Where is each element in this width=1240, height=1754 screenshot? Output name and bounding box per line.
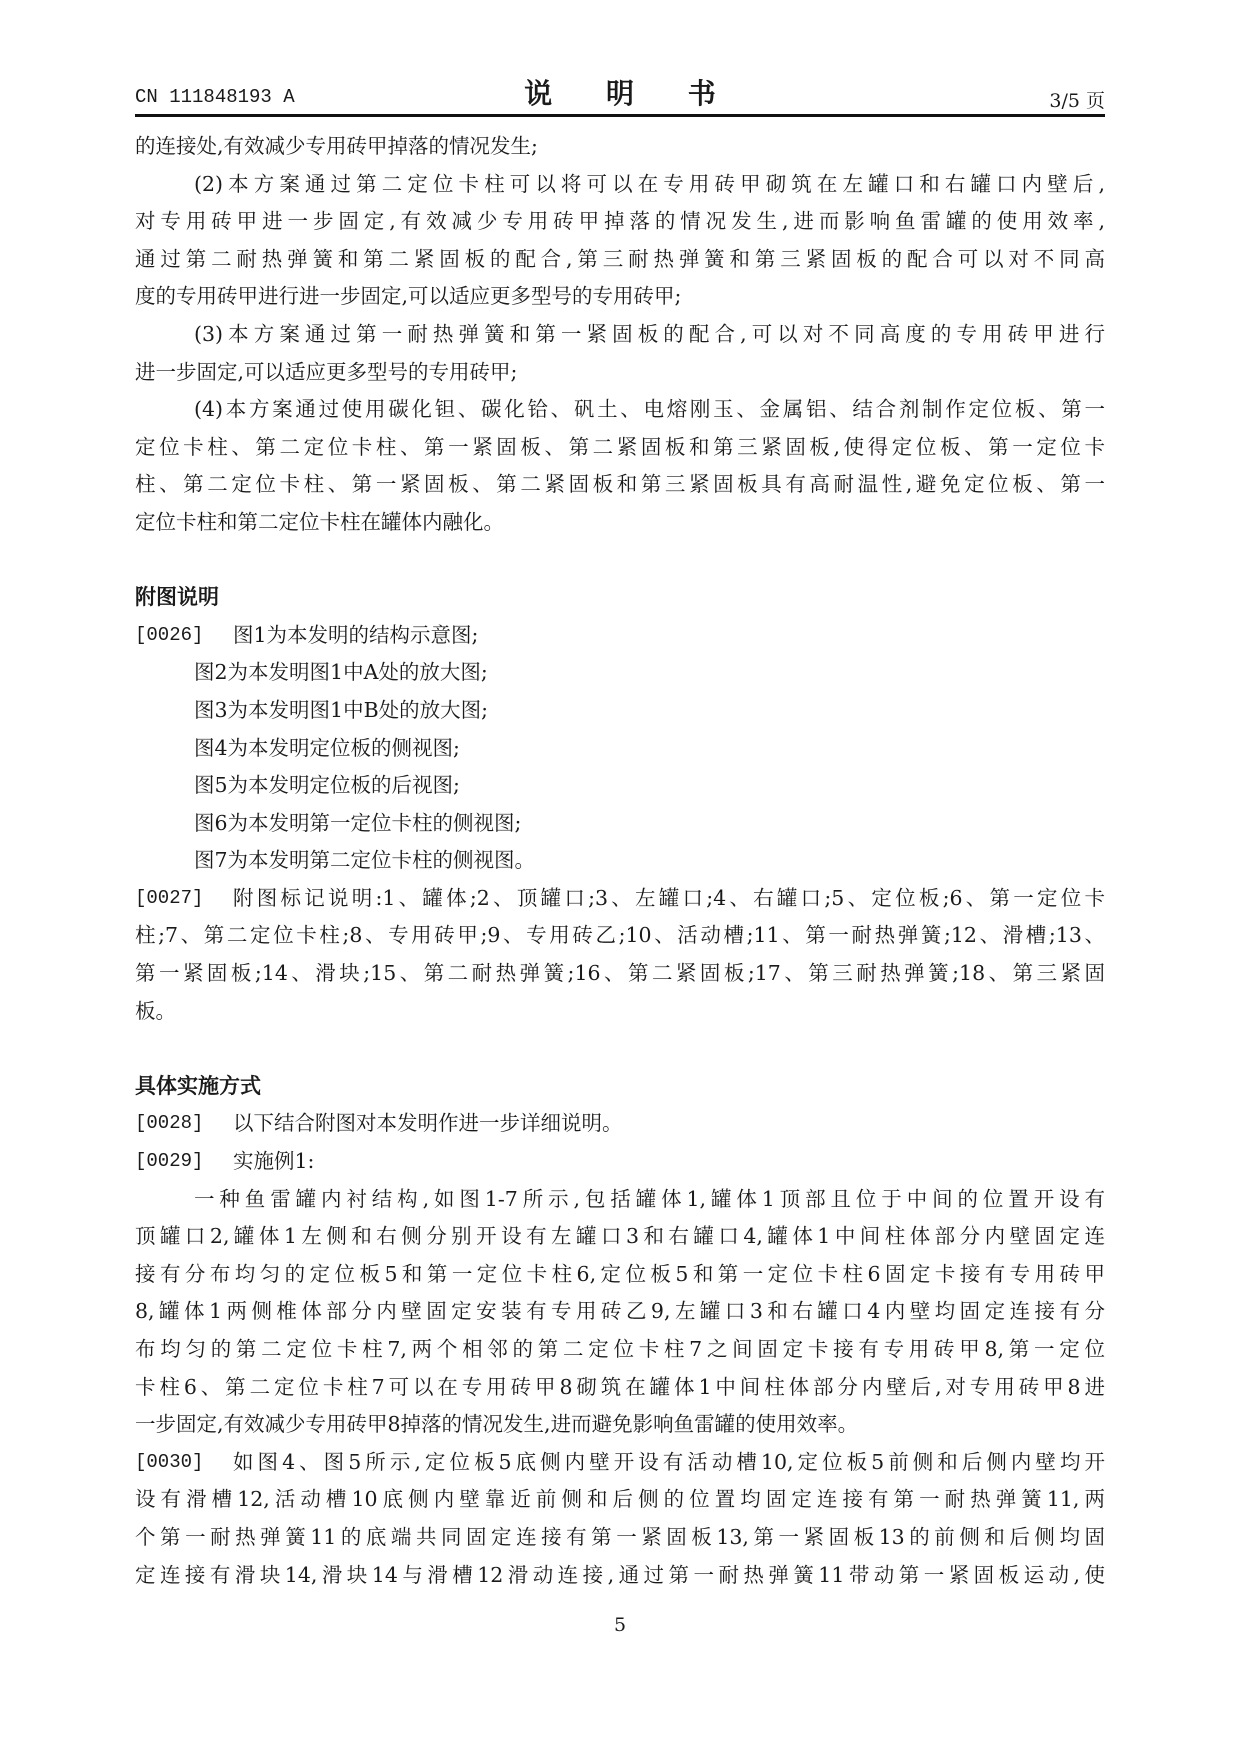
header-divider <box>135 114 1105 117</box>
text-line: 个第一耐热弹簧11的底端共同固定连接有第一紧固板13,第一紧固板13的前侧和后侧… <box>135 1519 1105 1557</box>
paragraph-0029: [0029] 实施例1: <box>135 1143 1105 1181</box>
text-line: 进一步固定,可以适应更多型号的专用砖甲; <box>135 354 1105 392</box>
text-line: 度的专用砖甲进行进一步固定,可以适应更多型号的专用砖甲; <box>135 278 1105 316</box>
page-number: 5 <box>0 1614 1240 1636</box>
text-line: 一步固定,有效减少专用砖甲8掉落的情况发生,进而避免影响鱼雷罐的使用效率。 <box>135 1406 1105 1444</box>
text-line: 附图标记说明:1、罐体;2、顶罐口;3、左罐口;4、右罐口;5、定位板;6、第一… <box>233 880 1105 918</box>
paragraph-0030: [0030] 如图4、图5所示,定位板5底侧内壁开设有活动槽10,定位板5前侧和… <box>135 1444 1105 1482</box>
page-header: CN 111848193 A 说 明 书 3/5 页 <box>135 76 1105 116</box>
text-line: 图1为本发明的结构示意图; <box>233 617 1105 655</box>
text-line: 卡柱6、第二定位卡柱7可以在专用砖甲8砌筑在罐体1中间柱体部分内壁后,对专用砖甲… <box>135 1369 1105 1407</box>
text-line: 定连接有滑块14,滑块14与滑槽12滑动连接,通过第一耐热弹簧11带动第一紧固板… <box>135 1557 1105 1595</box>
paragraph-number: [0027] <box>135 880 233 918</box>
text-line: 通过第二耐热弹簧和第二紧固板的配合,第三耐热弹簧和第三紧固板的配合可以对不同高 <box>135 241 1105 279</box>
text-line: (4)本方案通过使用碳化钽、碳化铪、矾土、电熔刚玉、金属铝、结合剂制作定位板、第… <box>135 391 1105 429</box>
figure-caption: 图6为本发明第一定位卡柱的侧视图; <box>135 805 1105 843</box>
paragraph-0026: [0026] 图1为本发明的结构示意图; <box>135 617 1105 655</box>
text-line: 布均匀的第二定位卡柱7,两个相邻的第二定位卡柱7之间固定卡接有专用砖甲8,第一定… <box>135 1331 1105 1369</box>
text-line: 柱;7、第二定位卡柱;8、专用砖甲;9、专用砖乙;10、活动槽;11、第一耐热弹… <box>135 917 1105 955</box>
figure-caption: 图4为本发明定位板的侧视图; <box>135 730 1105 768</box>
spacer <box>135 1030 1105 1068</box>
text-line: 对专用砖甲进一步固定,有效减少专用砖甲掉落的情况发生,进而影响鱼雷罐的使用效率, <box>135 203 1105 241</box>
paragraph-number: [0026] <box>135 617 233 655</box>
figure-caption: 图7为本发明第二定位卡柱的侧视图。 <box>135 842 1105 880</box>
text-line: 柱、第二定位卡柱、第一紧固板、第二紧固板和第三紧固板具有高耐温性,避免定位板、第… <box>135 466 1105 504</box>
figure-caption: 图5为本发明定位板的后视图; <box>135 767 1105 805</box>
page-indicator: 3/5 页 <box>1049 86 1105 113</box>
text-line: 的连接处,有效减少专用砖甲掉落的情况发生; <box>135 128 1105 166</box>
paragraph-number: [0030] <box>135 1444 233 1482</box>
text-line: 设有滑槽12,活动槽10底侧内壁靠近前侧和后侧的位置均固定连接有第一耐热弹簧11… <box>135 1481 1105 1519</box>
text-line: 一种鱼雷罐内衬结构,如图1-7所示,包括罐体1,罐体1顶部且位于中间的位置开设有 <box>135 1181 1105 1219</box>
text-line: 接有分布均匀的定位板5和第一定位卡柱6,定位板5和第一定位卡柱6固定卡接有专用砖… <box>135 1256 1105 1294</box>
document-title: 说 明 书 <box>135 72 1105 112</box>
figure-caption: 图2为本发明图1中A处的放大图; <box>135 654 1105 692</box>
text-line: 板。 <box>135 993 1105 1031</box>
text-line: 以下结合附图对本发明作进一步详细说明。 <box>233 1105 1105 1143</box>
text-line: 定位卡柱和第二定位卡柱在罐体内融化。 <box>135 504 1105 542</box>
text-line: 8,罐体1两侧椎体部分内壁固定安装有专用砖乙9,左罐口3和右罐口4内壁均固定连接… <box>135 1293 1105 1331</box>
document-body: 的连接处,有效减少专用砖甲掉落的情况发生; (2)本方案通过第二定位卡柱可以将可… <box>135 128 1105 1594</box>
section-heading-figures: 附图说明 <box>135 579 1105 617</box>
spacer <box>135 542 1105 580</box>
text-line: 如图4、图5所示,定位板5底侧内壁开设有活动槽10,定位板5前侧和后侧内壁均开 <box>233 1444 1105 1482</box>
text-line: (3)本方案通过第一耐热弹簧和第一紧固板的配合,可以对不同高度的专用砖甲进行 <box>135 316 1105 354</box>
paragraph-number: [0028] <box>135 1105 233 1143</box>
paragraph-0027: [0027] 附图标记说明:1、罐体;2、顶罐口;3、左罐口;4、右罐口;5、定… <box>135 880 1105 918</box>
text-line: 实施例1: <box>233 1143 1105 1181</box>
figure-caption: 图3为本发明图1中B处的放大图; <box>135 692 1105 730</box>
text-line: 顶罐口2,罐体1左侧和右侧分别开设有左罐口3和右罐口4,罐体1中间柱体部分内壁固… <box>135 1218 1105 1256</box>
text-line: 定位卡柱、第二定位卡柱、第一紧固板、第二紧固板和第三紧固板,使得定位板、第一定位… <box>135 429 1105 467</box>
section-heading-embodiment: 具体实施方式 <box>135 1068 1105 1106</box>
text-line: 第一紧固板;14、滑块;15、第二耐热弹簧;16、第二紧固板;17、第三耐热弹簧… <box>135 955 1105 993</box>
paragraph-number: [0029] <box>135 1143 233 1181</box>
paragraph-0028: [0028] 以下结合附图对本发明作进一步详细说明。 <box>135 1105 1105 1143</box>
text-line: (2)本方案通过第二定位卡柱可以将可以在专用砖甲砌筑在左罐口和右罐口内壁后, <box>135 166 1105 204</box>
